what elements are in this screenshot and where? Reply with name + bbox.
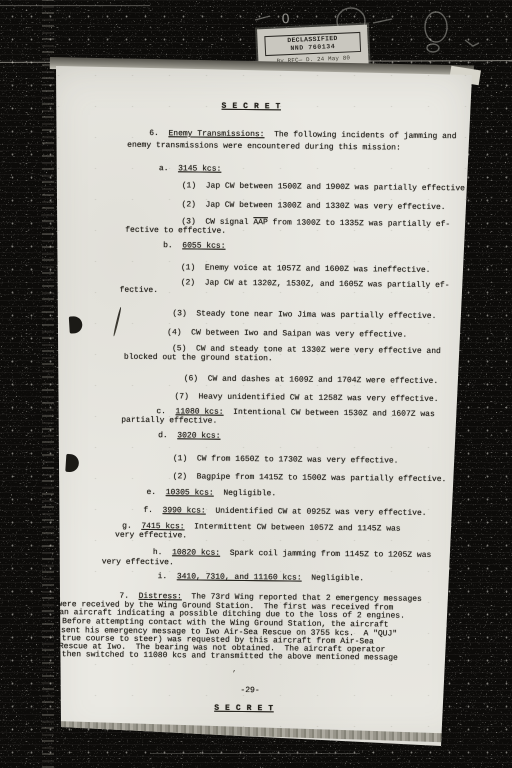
document-line: blocked out the ground station.: [124, 353, 273, 364]
document-line: partially effective.: [121, 416, 217, 426]
document-line: (2) Bagpipe from 1415Z to 1500Z was part…: [173, 472, 447, 484]
hole-punch-blot: [65, 454, 79, 473]
document-text-layer: S E C R E T 6. Enemy Transmissions: The …: [48, 64, 475, 756]
film-scratch-line: [0, 5, 150, 6]
document-line: (1) Enemy voice at 1057Z and 1600Z was i…: [181, 263, 431, 275]
film-edge-streaks: [42, 0, 54, 768]
document-line: (7) Heavy unidentified CW at 1258Z was v…: [174, 392, 438, 404]
document-line: (2) Jap CW between 1300Z and 1330Z was v…: [181, 200, 445, 212]
document-line: i. 3410, 7310, and 11160 kcs: Negligible…: [158, 572, 365, 583]
document-line: fective.: [120, 286, 158, 295]
document-line: very effective.: [115, 531, 187, 541]
document-line: enemy transmissions were encountered dur…: [127, 141, 401, 153]
document-line: (4) CW between Iwo and Saipan was very e…: [167, 328, 407, 340]
document-line: (1) CW from 1650Z to 1730Z was very effe…: [173, 454, 399, 465]
header-classification: S E C R E T: [222, 102, 282, 112]
document-line: (6) CW and dashes at 1609Z and 1704Z wer…: [184, 374, 439, 386]
document-line: a. 3145 kcs:: [159, 164, 222, 174]
document-line: (1) Jap CW between 1500Z and 1900Z was p…: [182, 181, 470, 193]
document-line: h. 10820 kcs: Spark coil jamming from 11…: [153, 548, 432, 560]
document-line: e. 10305 kcs: Negligible.: [146, 488, 276, 498]
document-line: (3) Steady tone near Iwo Jima was partia…: [172, 309, 436, 321]
document-line: f. 3990 kcs: Unidentified CW at 0925Z wa…: [143, 506, 426, 518]
film-scratch-line: [150, 753, 360, 754]
stray-ink-mark: ’: [232, 670, 237, 679]
page-number: -29-: [240, 686, 259, 695]
document-line: very effective.: [102, 558, 174, 568]
document-line: d. 3020 kcs:: [158, 431, 221, 441]
pen-slash-mark: [113, 307, 122, 337]
document-line: (2) Jap CW at 1320Z, 1530Z, and 1605Z wa…: [181, 278, 450, 290]
hole-punch-blot: [69, 316, 83, 334]
document-line: b. 6055 kcs:: [163, 241, 226, 251]
declassified-stamp-box: DECLASSIFIED NND 760134: [264, 32, 361, 56]
document-line: fective to effective.: [125, 226, 226, 236]
document-page: S E C R E T 6. Enemy Transmissions: The …: [40, 60, 480, 755]
footer-classification: S E C R E T: [214, 704, 274, 714]
document-line: 6. Enemy Transmissions: The following in…: [149, 129, 456, 141]
